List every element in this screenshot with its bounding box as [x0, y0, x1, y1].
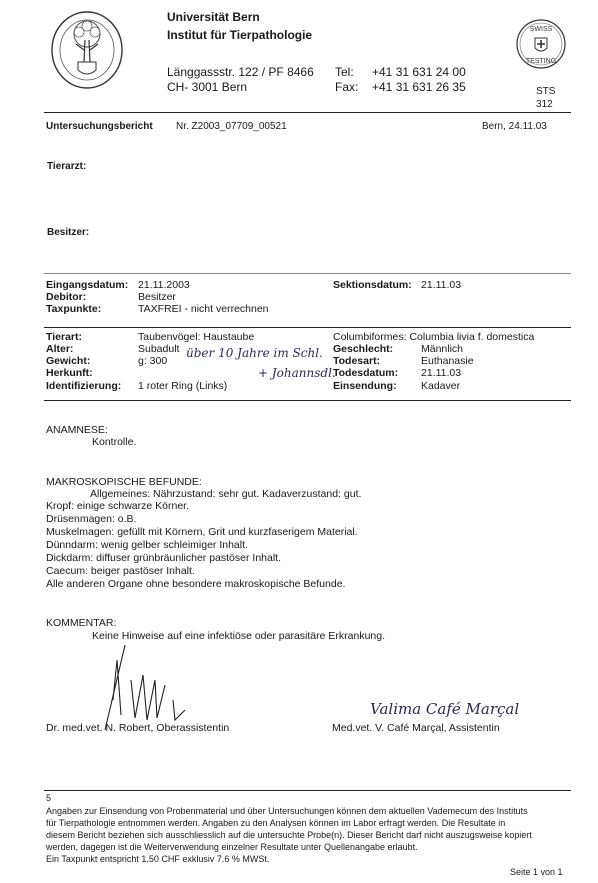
geschlecht-label: Geschlecht: — [333, 343, 393, 355]
herkunft-label: Herkunft: — [46, 367, 93, 379]
befunde-line: Kropf: einige schwarze Körner. — [46, 500, 189, 512]
todesart-label: Todesart: — [333, 355, 380, 367]
eingangsdatum-value: 21.11.2003 — [138, 279, 190, 291]
right-signatory: Med.vet. V. Café Marçal, Assistentin — [332, 722, 500, 734]
footer-disclaimer-line: diesem Bericht beziehen sich ausschliess… — [46, 830, 532, 840]
species-value: Columbiformes: Columbia livia f. domesti… — [333, 331, 534, 343]
geschlecht-value: Männlich — [421, 343, 463, 355]
anamnese-text: Kontrolle. — [92, 436, 136, 448]
animal-top-divider — [44, 327, 571, 328]
herkunft-handwritten-note: + Johannsdl. — [258, 366, 336, 380]
footer-disclaimer-line: Ein Taxpunkt entspricht 1.50 CHF exklusi… — [46, 854, 269, 864]
befunde-line: Muskelmagen: gefüllt mit Körnern, Grit u… — [46, 526, 358, 538]
sts-label: STS — [536, 86, 555, 97]
tel-label: Tel: — [335, 65, 354, 79]
identifizierung-value: 1 roter Ring (Links) — [138, 380, 227, 392]
address-line-2: CH- 3001 Bern — [167, 80, 247, 94]
right-signature-scribble: Valima Café Marçal — [370, 700, 519, 718]
left-signature-scribble — [95, 640, 205, 735]
eingangsdatum-label: Eingangsdatum: — [46, 279, 128, 291]
befunde-line: Dickdarm: diffuser grünbräunlicher pastö… — [46, 552, 281, 564]
report-number: Nr. Z2003_07709_00521 — [176, 121, 287, 132]
befunde-heading: MAKROSKOPISCHE BEFUNDE: — [46, 476, 202, 488]
sektionsdatum-value: 21.11.03 — [421, 279, 461, 291]
gewicht-label: Gewicht: — [46, 355, 90, 367]
todesdatum-label: Todesdatum: — [333, 367, 398, 379]
besitzer-label: Besitzer: — [47, 227, 89, 238]
svg-text:SWISS: SWISS — [530, 26, 553, 33]
debitor-value: Besitzer — [138, 291, 176, 303]
alter-handwritten-note: über 10 Jahre im Schl. — [186, 346, 323, 360]
einsendung-value: Kadaver — [421, 380, 460, 392]
footer-divider — [44, 790, 571, 791]
taxpunkte-value: TAXFREI - nicht verrechnen — [138, 303, 269, 315]
kommentar-heading: KOMMENTAR: — [46, 617, 116, 629]
befunde-line: Caecum: beiger pastöser Inhalt. — [46, 565, 195, 577]
debitor-label: Debitor: — [46, 291, 86, 303]
footer-disclaimer-line: für Tierpathologie entnommen werden. Ang… — [46, 818, 505, 828]
footer-number: 5 — [46, 793, 51, 803]
gewicht-value: g: 300 — [138, 355, 167, 367]
sektionsdatum-label: Sektionsdatum: — [333, 279, 412, 291]
report-title: Untersuchungsbericht — [46, 121, 153, 132]
university-seal-logo — [50, 10, 124, 90]
report-place-date: Bern, 24.11.03 — [482, 121, 547, 132]
todesart-value: Euthanasie — [421, 355, 474, 367]
university-name: Universität Bern — [167, 10, 260, 24]
footer-disclaimer-line: Angaben zur Einsendung von Probenmateria… — [46, 806, 528, 816]
befunde-allgemeines: Allgemeines: Nährzustand: sehr gut. Kada… — [90, 488, 361, 500]
fax-number: +41 31 631 26 35 — [372, 80, 466, 94]
anamnese-heading: ANAMNESE: — [46, 424, 108, 436]
institute-name: Institut für Tierpathologie — [167, 28, 312, 42]
address-line-1: Länggassstr. 122 / PF 8466 — [167, 65, 314, 79]
footer-disclaimer-line: werden, dagegen ist die Weiterverwendung… — [46, 842, 418, 852]
befunde-line: Alle anderen Organe ohne besondere makro… — [46, 578, 345, 590]
animal-bottom-divider — [44, 400, 571, 401]
admin-top-divider — [44, 273, 571, 274]
befunde-line: Drüsenmagen: o.B. — [46, 513, 136, 525]
todesdatum-value: 21.11.03 — [421, 367, 461, 379]
alter-label: Alter: — [46, 343, 73, 355]
tierarzt-label: Tierarzt: — [47, 161, 86, 172]
left-signatory: Dr. med.vet. N. Robert, Oberassistentin — [46, 722, 229, 734]
header-divider — [44, 112, 571, 113]
befunde-line: Dünndarm: wenig gelber schleimiger Inhal… — [46, 539, 248, 551]
sts-number: 312 — [536, 99, 553, 110]
svg-text:TESTING: TESTING — [526, 58, 556, 65]
alter-value: Subadult — [138, 343, 179, 355]
fax-label: Fax: — [335, 80, 358, 94]
page-indicator: Seite 1 von 1 — [510, 867, 563, 877]
swiss-testing-badge-icon: SWISS TESTING — [515, 18, 567, 70]
einsendung-label: Einsendung: — [333, 380, 397, 392]
taxpunkte-label: Taxpunkte: — [46, 303, 101, 315]
tierart-label: Tierart: — [46, 331, 82, 343]
identifizierung-label: Identifizierung: — [46, 380, 121, 392]
tel-number: +41 31 631 24 00 — [372, 65, 466, 79]
tierart-value: Taubenvögel: Haustaube — [138, 331, 254, 343]
